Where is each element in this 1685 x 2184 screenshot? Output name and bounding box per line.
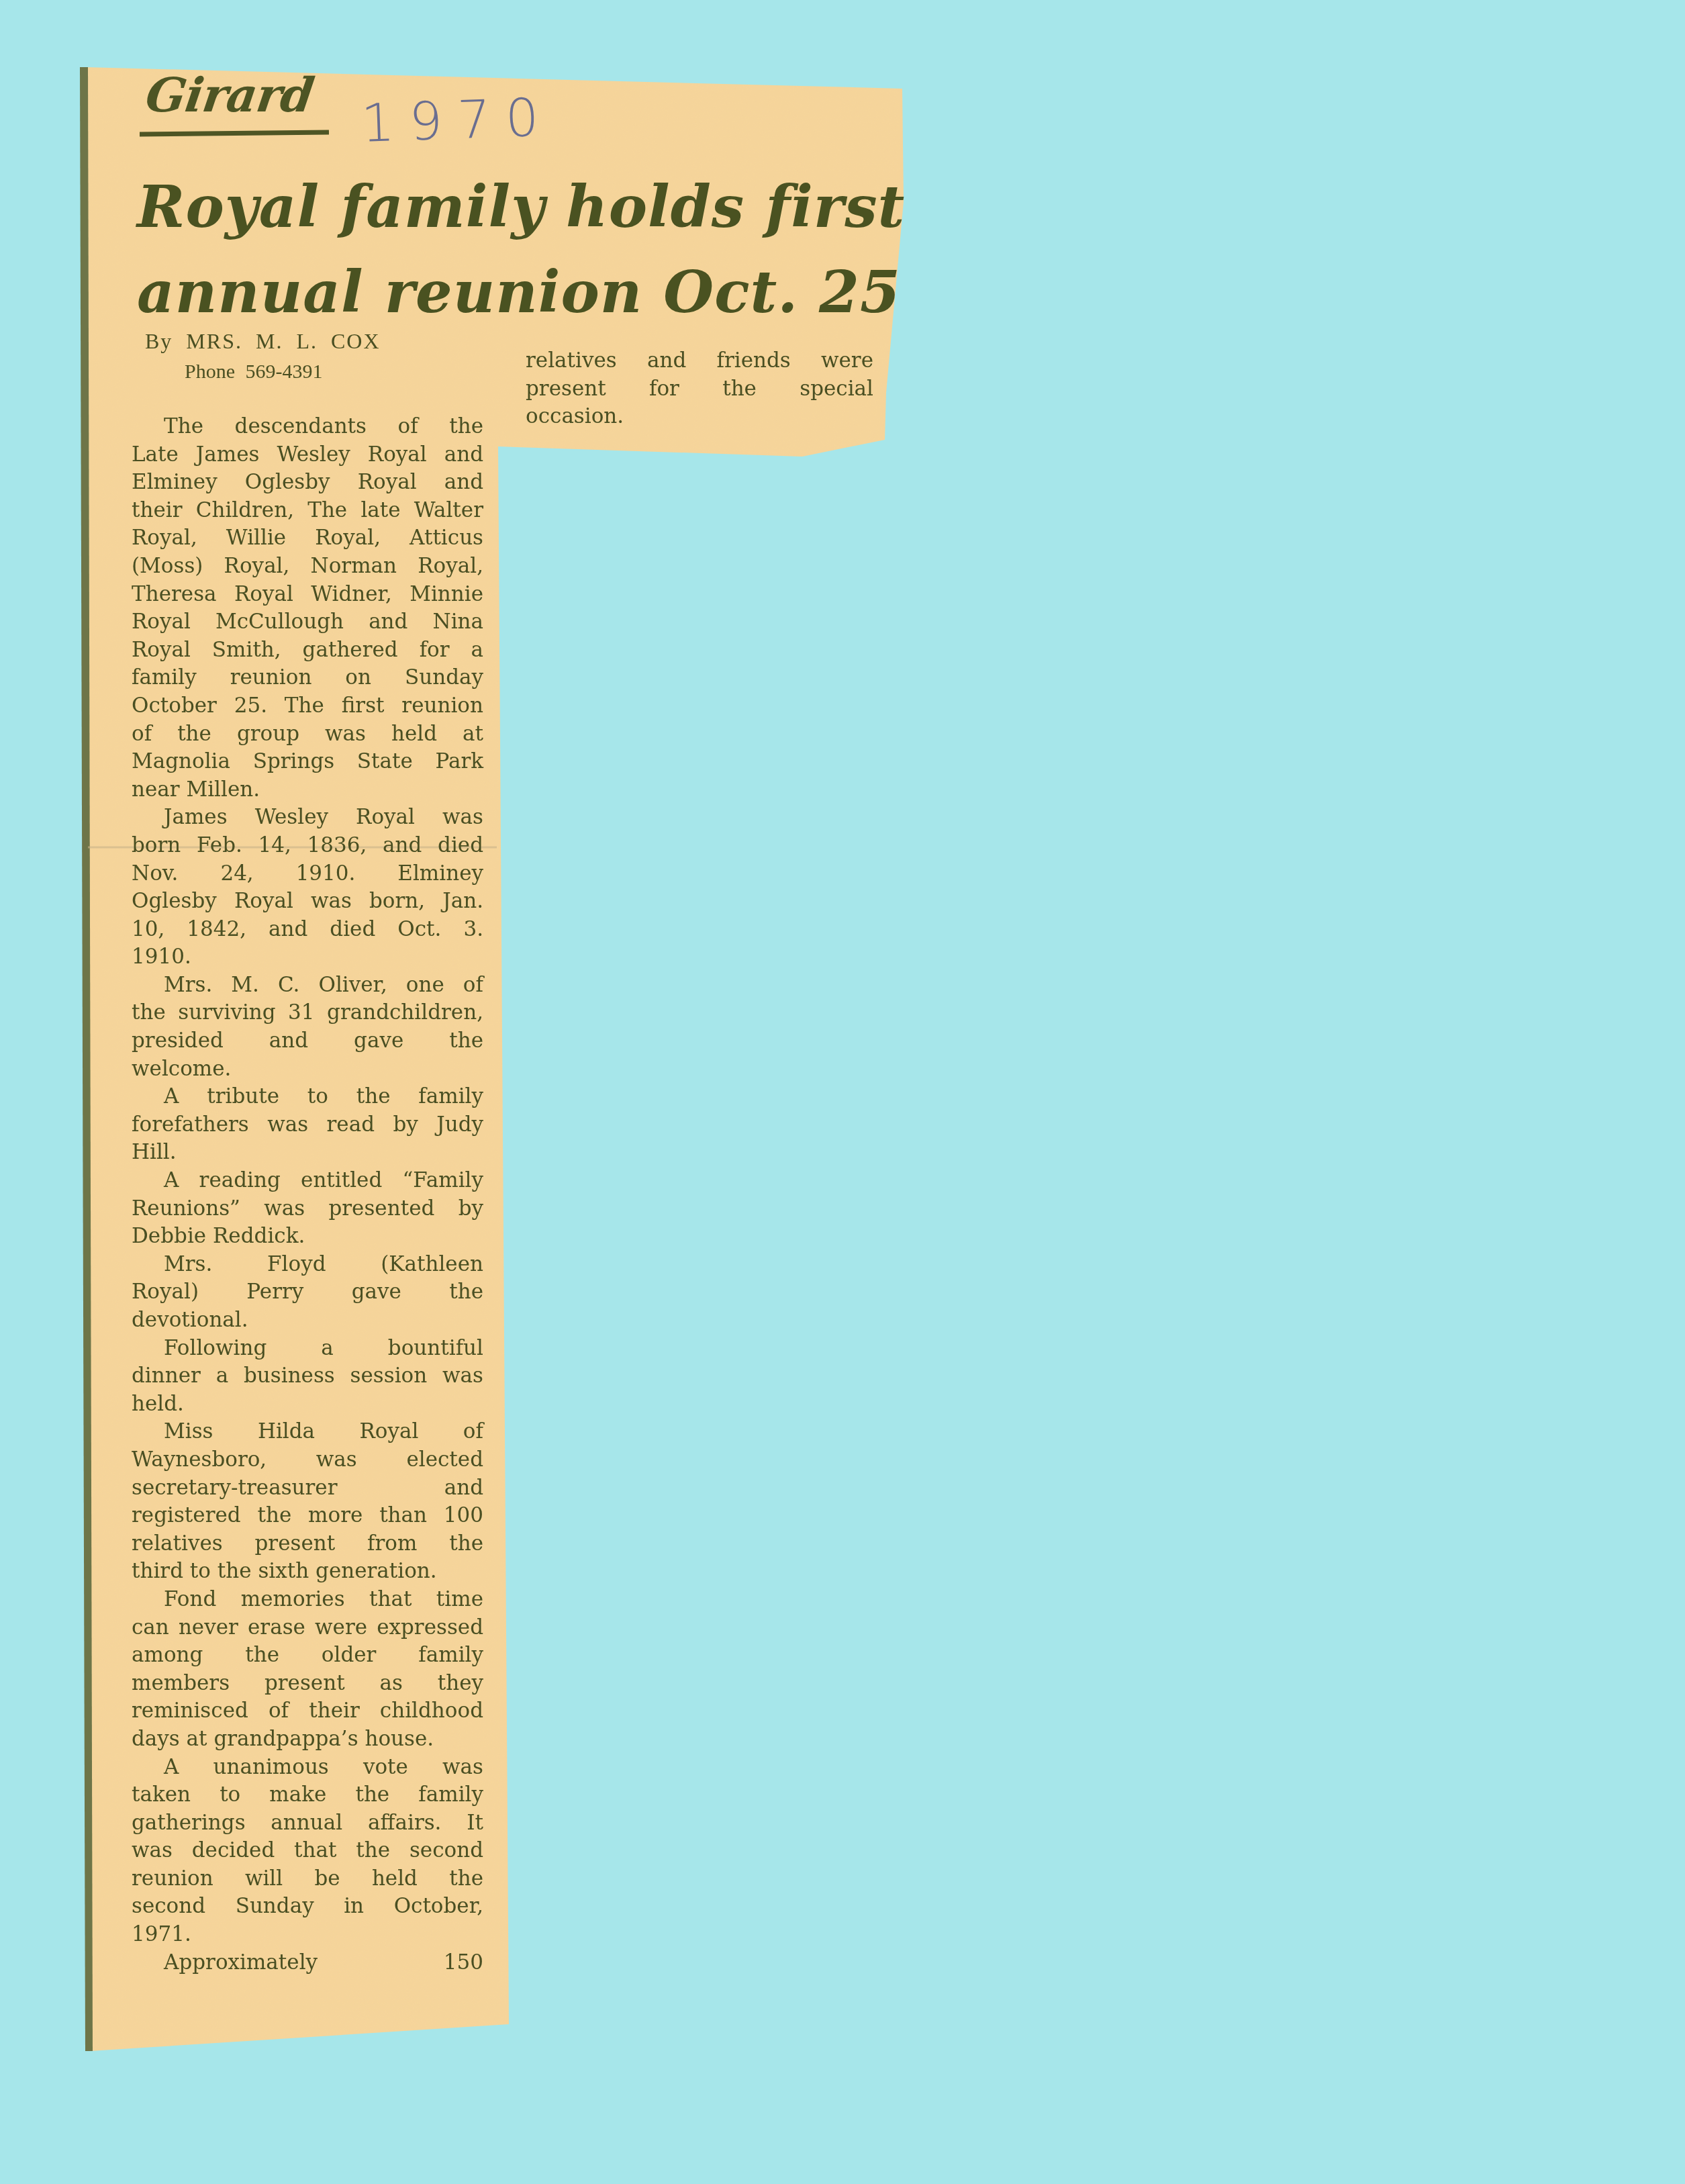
newspaper-clipping: Girard 1970 Royal family holds first ann… xyxy=(0,0,1685,2184)
headline-line-2: annual reunion Oct. 25 xyxy=(137,258,889,326)
article-line: present for the special xyxy=(526,375,873,403)
article-line: days at grandpappa’s house. xyxy=(132,1725,483,1754)
article-line: Mrs. M. C. Oliver, one of xyxy=(132,971,483,1000)
article-line: third to the sixth generation. xyxy=(132,1558,483,1586)
article-line: Debbie Reddick. xyxy=(132,1223,483,1251)
article-line: Royal, Willie Royal, Atticus xyxy=(132,524,483,553)
article-line: the surviving 31 grandchildren, xyxy=(132,999,483,1027)
article-line: presided and gave the xyxy=(132,1027,483,1055)
article-line: Late James Wesley Royal and xyxy=(132,441,483,469)
article-line: Following a bountiful xyxy=(132,1335,483,1363)
article-column-right: relatives and friends werepresent for th… xyxy=(526,347,873,431)
article-line: relatives present from the xyxy=(132,1530,483,1558)
section-label: Girard xyxy=(142,67,317,123)
article-line: A unanimous vote was xyxy=(132,1754,483,1782)
article-line: can never erase were expressed xyxy=(132,1614,483,1642)
article-line: Waynesboro, was elected xyxy=(132,1446,483,1474)
article-line: 10, 1842, and died Oct. 3. xyxy=(132,916,483,944)
article-line: A tribute to the family xyxy=(132,1083,483,1111)
article-column-left: The descendants of theLate James Wesley … xyxy=(132,413,483,1977)
article-line: second Sunday in October, xyxy=(132,1893,483,1921)
article-line: devotional. xyxy=(132,1307,483,1335)
article-line: family reunion on Sunday xyxy=(132,664,483,692)
article-line: Mrs. Floyd (Kathleen xyxy=(132,1251,483,1279)
article-line: of the group was held at xyxy=(132,720,483,749)
headline-line-1: Royal family holds first xyxy=(137,173,889,241)
article-line: gatherings annual affairs. It xyxy=(132,1809,483,1838)
article-line: reunion will be held the xyxy=(132,1865,483,1893)
article-line: The descendants of the xyxy=(132,413,483,441)
article-line: Miss Hilda Royal of xyxy=(132,1418,483,1446)
article-line: Hill. xyxy=(132,1139,483,1167)
article-line: A reading entitled “Family xyxy=(132,1167,483,1195)
article-line: occasion. xyxy=(526,403,873,431)
article-line: Approximately 150 xyxy=(132,1949,483,1977)
article-line: Royal Smith, gathered for a xyxy=(132,636,483,665)
article-line: Theresa Royal Widner, Minnie xyxy=(132,581,483,609)
article-line: Fond memories that time xyxy=(132,1586,483,1614)
article-line: among the older family xyxy=(132,1642,483,1670)
article-line: Elminey Oglesby Royal and xyxy=(132,469,483,497)
byline: By MRS. M. L. COX xyxy=(145,329,381,354)
article-line: relatives and friends were xyxy=(526,347,873,375)
article-line: dinner a business session was xyxy=(132,1362,483,1390)
article-line: their Children, The late Walter xyxy=(132,497,483,525)
article-line: reminisced of their childhood xyxy=(132,1697,483,1725)
article-line: was decided that the second xyxy=(132,1837,483,1865)
article-line: forefathers was read by Judy xyxy=(132,1111,483,1139)
article-line: born Feb. 14, 1836, and died xyxy=(132,832,483,860)
article-line: taken to make the family xyxy=(132,1781,483,1809)
article-line: Royal McCullough and Nina xyxy=(132,608,483,636)
article-line: Royal) Perry gave the xyxy=(132,1278,483,1307)
article-line: registered the more than 100 xyxy=(132,1502,483,1530)
article-line: (Moss) Royal, Norman Royal, xyxy=(132,553,483,581)
article-line: held. xyxy=(132,1390,483,1419)
article-line: 1910. xyxy=(132,943,483,971)
article-line: near Millen. xyxy=(132,776,483,804)
article-line: October 25. The first reunion xyxy=(132,692,483,720)
article-line: secretary-treasurer and xyxy=(132,1474,483,1503)
article-line: welcome. xyxy=(132,1055,483,1084)
article-line: 1971. xyxy=(132,1921,483,1949)
article-line: Nov. 24, 1910. Elminey xyxy=(132,860,483,888)
article-line: Reunions” was presented by xyxy=(132,1195,483,1223)
article-line: Magnolia Springs State Park xyxy=(132,748,483,776)
byline-phone: Phone 569-4391 xyxy=(185,361,323,383)
article-line: James Wesley Royal was xyxy=(132,804,483,832)
handwritten-year: 1970 xyxy=(360,87,555,154)
article-line: members present as they xyxy=(132,1670,483,1698)
article-line: Oglesby Royal was born, Jan. xyxy=(132,888,483,916)
